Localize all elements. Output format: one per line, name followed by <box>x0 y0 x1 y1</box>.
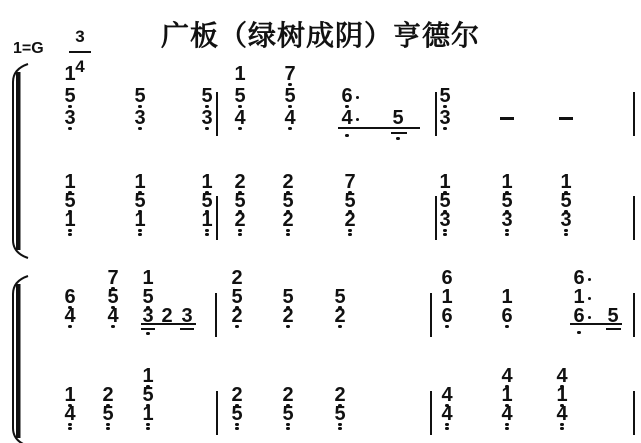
note-digit: 2 <box>228 210 252 230</box>
note-digit: 5 <box>228 191 252 211</box>
octave-dot <box>288 127 291 130</box>
octave-dot <box>146 423 149 426</box>
note-digit: 5 <box>96 404 120 424</box>
octave-dot <box>564 233 567 236</box>
note-digit: 5 <box>58 86 82 106</box>
octave-dot <box>205 127 208 130</box>
octave-dot <box>505 423 508 426</box>
staff-bracket <box>6 274 36 443</box>
note-digit: 4 <box>278 108 302 128</box>
octave-dot <box>560 427 563 430</box>
barline <box>216 92 218 136</box>
note-digit: 5 <box>228 86 252 106</box>
note-digit: 7 <box>101 268 125 288</box>
note-digit: 2 <box>276 385 300 405</box>
note-digit: 5 <box>276 287 300 307</box>
underline-beam <box>606 328 621 330</box>
octave-dot <box>111 325 114 328</box>
note-digit: 7 <box>278 64 302 84</box>
octave-dot <box>235 325 238 328</box>
note-digit: 5 <box>495 191 519 211</box>
note-digit: 5 <box>328 404 352 424</box>
octave-dot <box>146 332 149 335</box>
note-digit: 1 <box>435 287 459 307</box>
octave-dot <box>68 229 71 232</box>
note-digit: 1 <box>433 172 457 192</box>
note-digit: 3 <box>58 108 82 128</box>
barline <box>633 293 635 337</box>
octave-dot <box>443 229 446 232</box>
barline <box>435 196 437 240</box>
note-digit: 1 <box>58 64 82 84</box>
time-signature-numerator: 3 <box>69 28 91 49</box>
barline <box>435 92 437 136</box>
note-digit: 1 <box>228 64 252 84</box>
octave-dot <box>138 233 141 236</box>
note-digit: 6 <box>435 268 459 288</box>
octave-dot <box>396 137 399 140</box>
note-digit: 6 <box>435 306 459 326</box>
note-digit: 4 <box>435 385 459 405</box>
octave-dot <box>106 423 109 426</box>
note-digit: 4 <box>550 404 574 424</box>
note-digit: 1 <box>495 172 519 192</box>
note-digit: 2 <box>328 385 352 405</box>
octave-dot <box>205 233 208 236</box>
note-digit: 4 <box>495 404 519 424</box>
barline <box>633 196 635 240</box>
note-digit: 5 <box>58 191 82 211</box>
note-digit: 1 <box>58 385 82 405</box>
octave-dot <box>564 229 567 232</box>
octave-dot <box>286 325 289 328</box>
barline <box>216 391 218 435</box>
note-digit: 5 <box>101 287 125 307</box>
note-digit: 5 <box>338 191 362 211</box>
octave-dot <box>445 325 448 328</box>
octave-dot <box>68 127 71 130</box>
note-digit: 4 <box>58 404 82 424</box>
note-digit: 1 <box>554 172 578 192</box>
octave-dot <box>68 423 71 426</box>
octave-dot <box>235 427 238 430</box>
octave-dot <box>443 127 446 130</box>
octave-dot <box>443 233 446 236</box>
octave-dot <box>238 229 241 232</box>
note-digit: 2 <box>338 210 362 230</box>
barline <box>633 391 635 435</box>
octave-dot <box>138 229 141 232</box>
note-digit: 5 <box>386 108 410 128</box>
octave-dot <box>577 331 580 334</box>
octave-dot <box>146 427 149 430</box>
note-digit: 3 <box>554 210 578 230</box>
note-digit: 4 <box>228 108 252 128</box>
key-signature: 1=G <box>13 40 44 58</box>
note-digit: 1 <box>550 385 574 405</box>
staff-bracket <box>6 62 36 260</box>
octave-dot <box>235 423 238 426</box>
octave-dot <box>68 427 71 430</box>
note-digit: 4 <box>58 306 82 326</box>
note-digit: 2 <box>228 172 252 192</box>
note-digit: 1 <box>128 210 152 230</box>
barline <box>430 293 432 337</box>
underline-beam <box>141 328 155 330</box>
underline-beam <box>570 323 622 325</box>
note-digit: 1 <box>495 385 519 405</box>
octave-dot <box>505 229 508 232</box>
note-digit: 1 <box>495 287 519 307</box>
note-digit: 7 <box>338 172 362 192</box>
octave-dot <box>505 233 508 236</box>
underline-beam <box>338 127 420 129</box>
octave-dot <box>560 423 563 426</box>
underline-beam <box>391 132 407 134</box>
note-digit: 5 <box>278 86 302 106</box>
note-digit: 2 <box>276 210 300 230</box>
note-digit: 1 <box>195 172 219 192</box>
note-digit: 5 <box>276 191 300 211</box>
note-digit: 2 <box>225 268 249 288</box>
note-digit: 1 <box>136 366 160 386</box>
underline-beam <box>180 328 194 330</box>
note-digit: 5 <box>136 385 160 405</box>
time-signature-bar <box>69 51 91 53</box>
octave-dot <box>348 229 351 232</box>
note-digit: 2 <box>225 306 249 326</box>
note-digit: 5 <box>276 404 300 424</box>
note-digit: 5 <box>554 191 578 211</box>
octave-dot <box>286 427 289 430</box>
octave-dot <box>68 325 71 328</box>
note-digit: 4 <box>435 404 459 424</box>
octave-dot <box>68 233 71 236</box>
note-digit: 4 <box>101 306 125 326</box>
barline <box>215 293 217 337</box>
octave-dot <box>338 427 341 430</box>
octave-dot <box>505 427 508 430</box>
held-note-dash <box>500 117 514 120</box>
octave-dot <box>338 325 341 328</box>
note-digit: 1 <box>58 210 82 230</box>
barline <box>430 391 432 435</box>
note-digit: 6 <box>58 287 82 307</box>
note-digit: 5 <box>225 404 249 424</box>
note-digit: 3 <box>495 210 519 230</box>
octave-dot <box>238 233 241 236</box>
note-digit: 3 <box>128 108 152 128</box>
octave-dot <box>338 423 341 426</box>
octave-dot <box>138 127 141 130</box>
octave-dot <box>286 423 289 426</box>
note-digit: 5 <box>128 191 152 211</box>
octave-dot <box>505 325 508 328</box>
octave-dot <box>345 134 348 137</box>
note-digit: 2 <box>328 306 352 326</box>
score-title: 广板（绿树成阴）亨德尔 <box>0 14 641 54</box>
octave-dot <box>205 229 208 232</box>
note-digit: 5 <box>128 86 152 106</box>
octave-dot <box>445 427 448 430</box>
note-digit: 1 <box>58 172 82 192</box>
octave-dot <box>106 427 109 430</box>
note-digit: 5 <box>328 287 352 307</box>
note-digit: 2 <box>225 385 249 405</box>
barline <box>216 196 218 240</box>
octave-dot <box>445 423 448 426</box>
note-digit: 2 <box>276 172 300 192</box>
note-digit: 2 <box>276 306 300 326</box>
note-digit: 6 <box>495 306 519 326</box>
held-note-dash <box>559 117 573 120</box>
octave-dot <box>348 233 351 236</box>
octave-dot <box>286 233 289 236</box>
barline <box>633 92 635 136</box>
note-digit: 4 <box>495 366 519 386</box>
note-digit: 1 <box>136 404 160 424</box>
octave-dot <box>286 229 289 232</box>
note-digit: 5 <box>225 287 249 307</box>
underline-beam <box>141 323 196 325</box>
sheet-music-page: 广板（绿树成阴）亨德尔 1=G 3 4 15353531547546455315… <box>0 0 641 443</box>
note-digit: 4 <box>550 366 574 386</box>
note-digit: 2 <box>96 385 120 405</box>
note-digit: 5 <box>136 287 160 307</box>
octave-dot <box>238 127 241 130</box>
note-digit: 1 <box>128 172 152 192</box>
note-digit: 1 <box>136 268 160 288</box>
